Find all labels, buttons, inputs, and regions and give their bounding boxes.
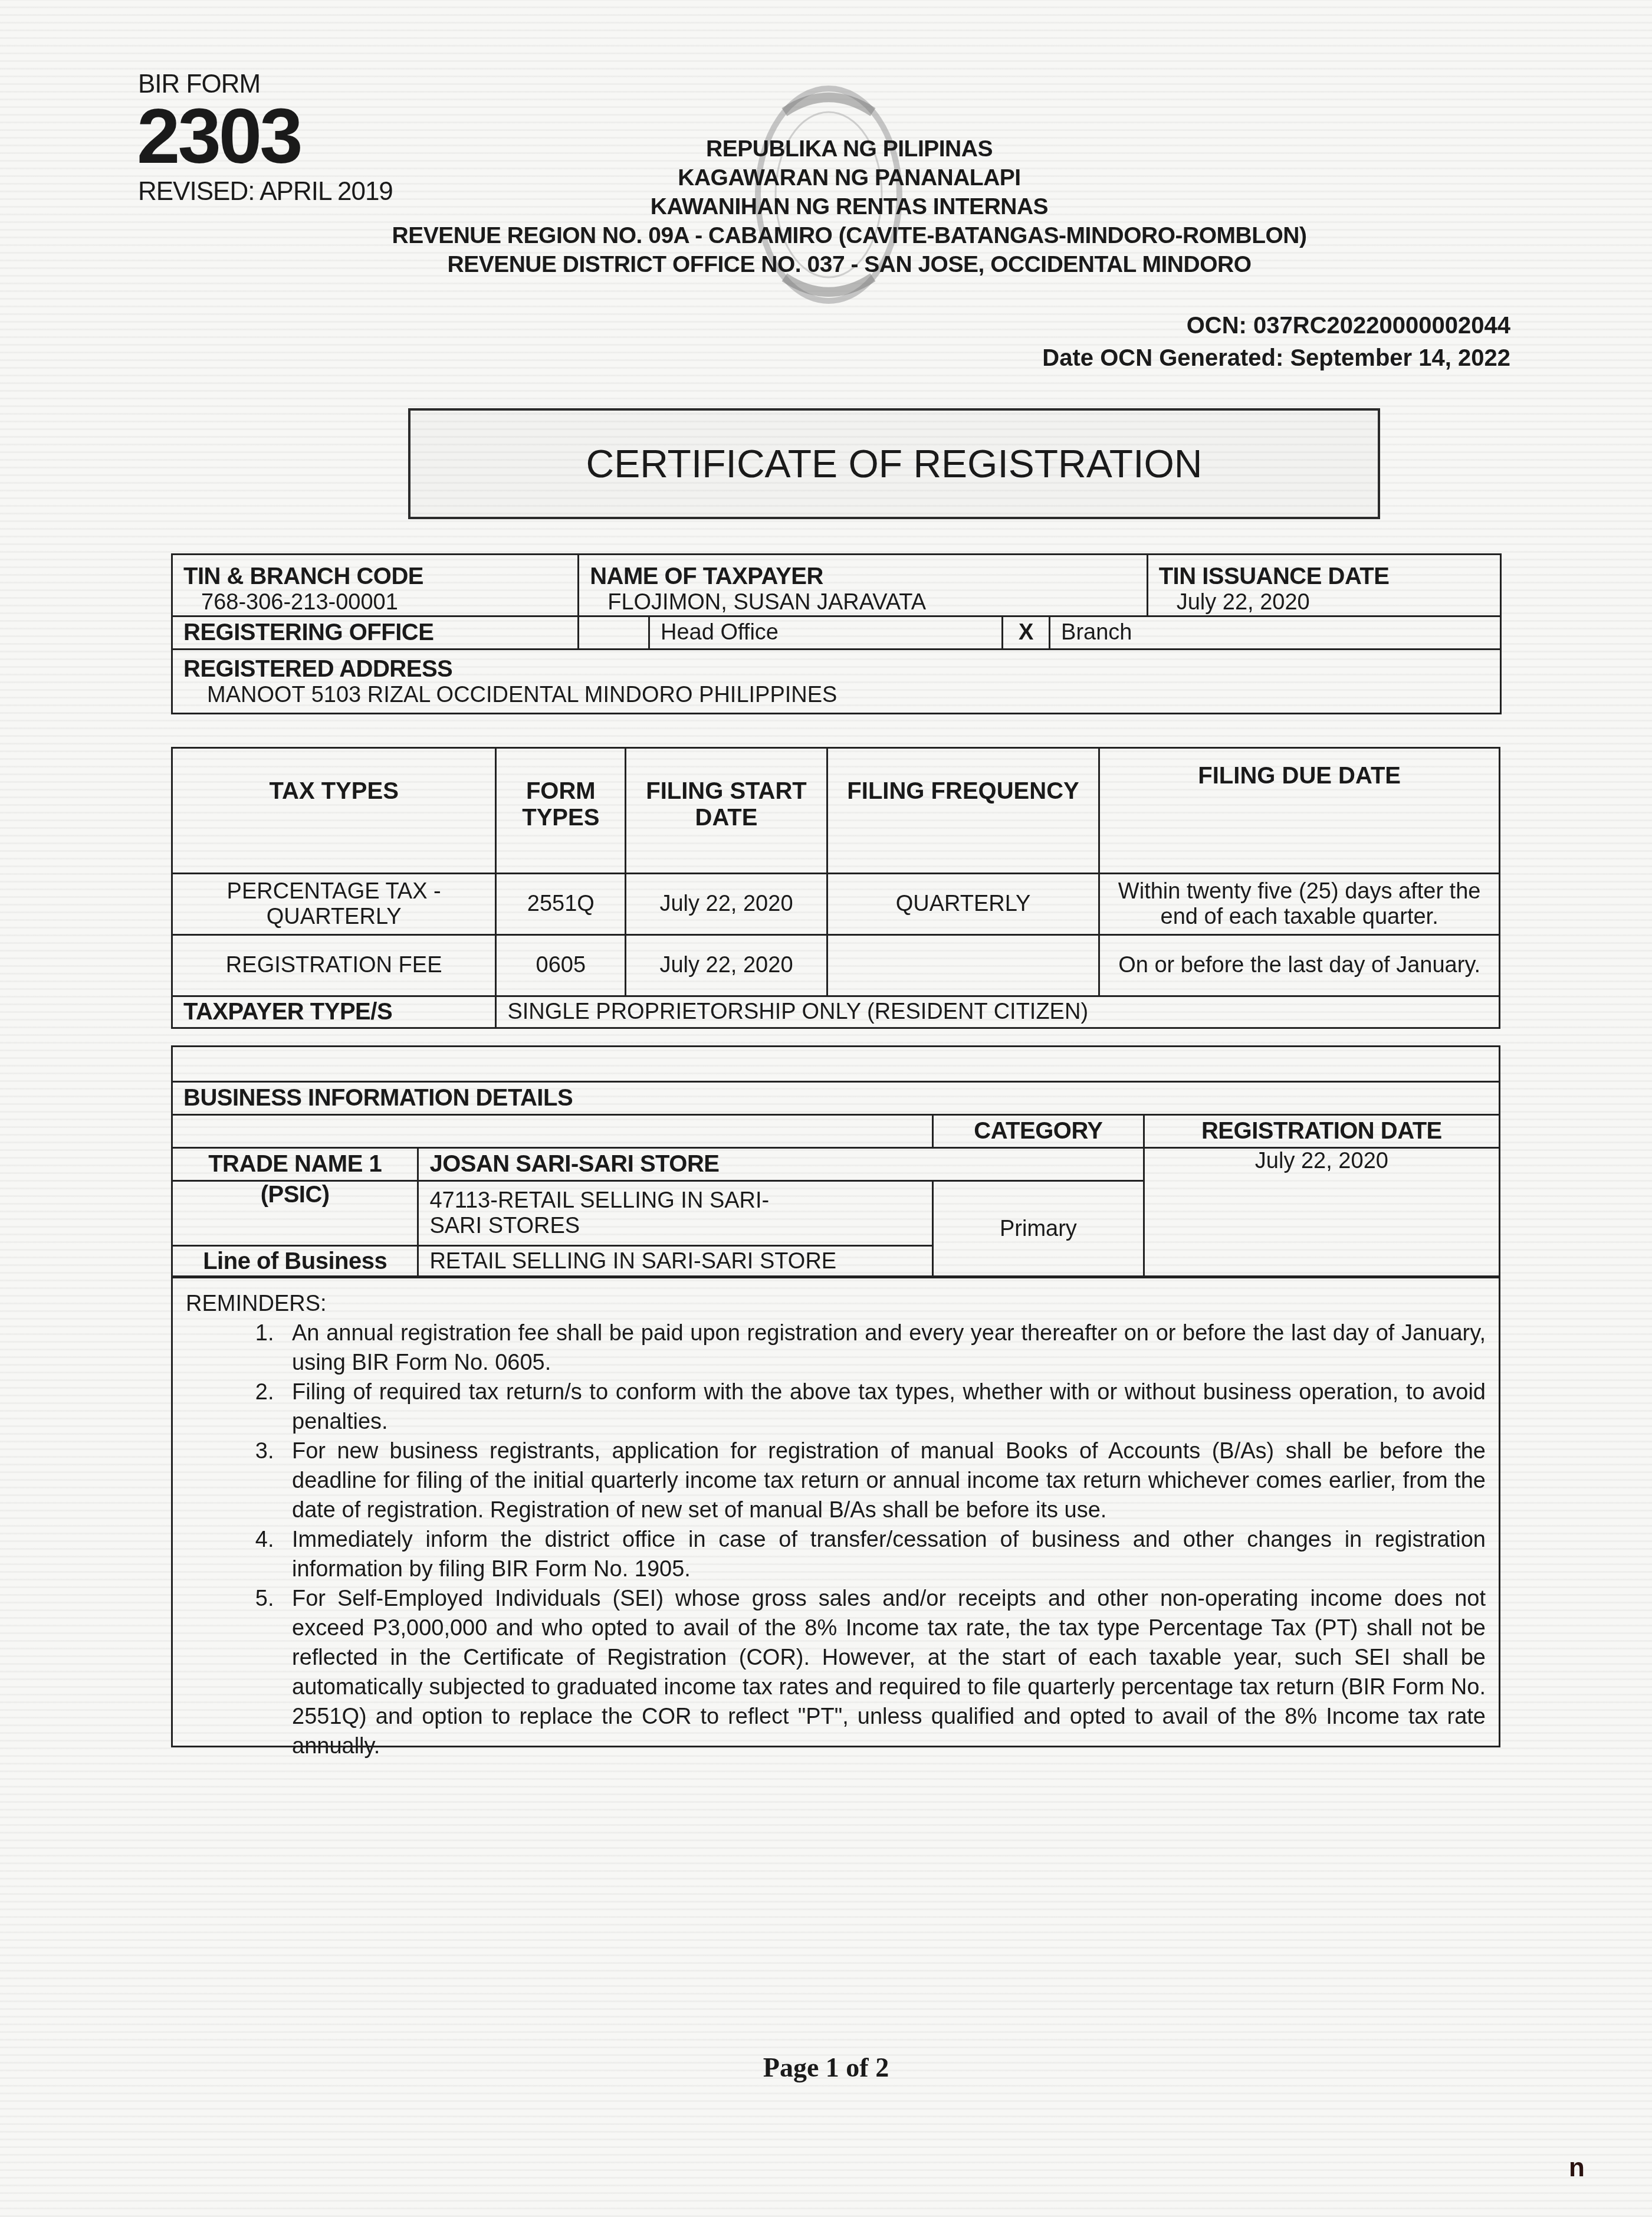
filing-start-date: July 22, 2020 (626, 874, 827, 935)
form-number: 2303 (137, 97, 301, 175)
head-office-label: Head Office (649, 616, 1003, 650)
taxpayer-type-label: TAXPAYER TYPE/S (172, 996, 496, 1028)
trade-name: JOSAN SARI-SARI STORE (418, 1148, 1144, 1181)
psic-value: 47113-RETAIL SELLING IN SARI-SARI STORES (418, 1181, 933, 1246)
registering-office-label: REGISTERING OFFICE (172, 616, 579, 650)
taxpayer-info-table: TIN & BRANCH CODE 768-306-213-00001 NAME… (171, 553, 1502, 714)
registered-address: MANOOT 5103 RIZAL OCCIDENTAL MINDORO PHI… (183, 683, 1489, 708)
ocn-block: OCN: 037RC20220000002044 Date OCN Genera… (1042, 310, 1510, 375)
filing-due-date: Within twenty five (25) days after the e… (1099, 874, 1500, 935)
taxpayer-name-label: NAME OF TAXPAYER (590, 563, 823, 589)
tin-value: 768-306-213-00001 (183, 590, 567, 615)
registration-date-header: REGISTRATION DATE (1144, 1115, 1499, 1148)
reminders-box: REMINDERS: An annual registration fee sh… (171, 1275, 1500, 1747)
empty-header-cell (172, 1115, 933, 1148)
reminder-item: For Self-Employed Individuals (SEI) whos… (280, 1584, 1486, 1761)
registered-address-label: REGISTERED ADDRESS (183, 656, 452, 682)
reminder-item: Immediately inform the district office i… (280, 1525, 1486, 1584)
table-row: PERCENTAGE TAX - QUARTERLY 2551Q July 22… (172, 874, 1500, 935)
taxpayer-name: FLOJIMON, SUSAN JARAVATA (590, 590, 1136, 615)
col-tax-types: TAX TYPES (172, 748, 496, 874)
spacer-row (172, 1047, 1500, 1082)
taxpayer-type: SINGLE PROPRIETORSHIP ONLY (RESIDENT CIT… (496, 996, 1500, 1028)
branch-checkbox: X (1003, 616, 1050, 650)
line-of-business-label: Line of Business (172, 1246, 418, 1278)
tin-issuance-date: July 22, 2020 (1159, 590, 1489, 615)
col-filing-start-date: FILING START DATE (626, 748, 827, 874)
registration-date-value: July 22, 2020 (1255, 1149, 1388, 1173)
reminders-label: REMINDERS: (186, 1289, 1486, 1319)
agency-line: KAGAWARAN NG PANANALAPI (295, 163, 1404, 192)
registration-date: July 22, 2020 (1144, 1148, 1499, 1278)
agency-line: REVENUE REGION NO. 09A - CABAMIRO (CAVIT… (295, 221, 1404, 250)
category-header: CATEGORY (933, 1115, 1144, 1148)
head-office-checkbox (579, 616, 649, 650)
form-type: 0605 (496, 935, 626, 996)
certificate-title-box: CERTIFICATE OF REGISTRATION (408, 408, 1380, 519)
page-number: Page 1 of 2 (0, 2052, 1652, 2083)
table-row: REGISTRATION FEE 0605 July 22, 2020 On o… (172, 935, 1500, 996)
filing-start-date: July 22, 2020 (626, 935, 827, 996)
filing-frequency (827, 935, 1099, 996)
tax-types-table: TAX TYPES FORM TYPES FILING START DATE F… (171, 747, 1500, 1029)
certificate-title: CERTIFICATE OF REGISTRATION (586, 441, 1202, 486)
agency-line: REPUBLIKA NG PILIPINAS (295, 135, 1404, 163)
line-of-business: RETAIL SELLING IN SARI-SARI STORE (418, 1246, 933, 1278)
business-section-label: BUSINESS INFORMATION DETAILS (172, 1082, 1500, 1115)
tax-type: REGISTRATION FEE (172, 935, 496, 996)
tin-label: TIN & BRANCH CODE (183, 563, 423, 589)
agency-line: REVENUE DISTRICT OFFICE NO. 037 - SAN JO… (295, 250, 1404, 279)
category-value: Primary (933, 1181, 1144, 1278)
handwritten-mark: n (1569, 2153, 1585, 2183)
tin-issuance-label: TIN ISSUANCE DATE (1159, 563, 1390, 589)
agency-line: KAWANIHAN NG RENTAS INTERNAS (295, 192, 1404, 221)
agency-header: REPUBLIKA NG PILIPINAS KAGAWARAN NG PANA… (295, 135, 1404, 279)
form-type: 2551Q (496, 874, 626, 935)
tin-issuance-cell: TIN ISSUANCE DATE July 22, 2020 (1147, 555, 1500, 616)
psic-label: (PSIC) (172, 1181, 418, 1246)
reminders-list: An annual registration fee shall be paid… (186, 1319, 1486, 1761)
col-filing-due-date: FILING DUE DATE (1099, 748, 1500, 874)
col-filing-frequency: FILING FREQUENCY (827, 748, 1099, 874)
reminder-item: For new business registrants, applicatio… (280, 1437, 1486, 1525)
taxpayer-name-cell: NAME OF TAXPAYER FLOJIMON, SUSAN JARAVAT… (579, 555, 1148, 616)
registered-address-cell: REGISTERED ADDRESS MANOOT 5103 RIZAL OCC… (172, 650, 1501, 714)
business-info-table: BUSINESS INFORMATION DETAILS CATEGORY RE… (171, 1045, 1500, 1278)
reminder-item: Filing of required tax return/s to confo… (280, 1378, 1486, 1437)
ocn-number: OCN: 037RC20220000002044 (1042, 310, 1510, 342)
reminder-item: An annual registration fee shall be paid… (280, 1319, 1486, 1378)
branch-label: Branch (1050, 616, 1501, 650)
col-form-types: FORM TYPES (496, 748, 626, 874)
tax-type: PERCENTAGE TAX - QUARTERLY (172, 874, 496, 935)
filing-frequency: QUARTERLY (827, 874, 1099, 935)
filing-due-date: On or before the last day of January. (1099, 935, 1500, 996)
tin-cell: TIN & BRANCH CODE 768-306-213-00001 (172, 555, 579, 616)
trade-name-label: TRADE NAME 1 (172, 1148, 418, 1181)
ocn-date: Date OCN Generated: September 14, 2022 (1042, 342, 1510, 375)
